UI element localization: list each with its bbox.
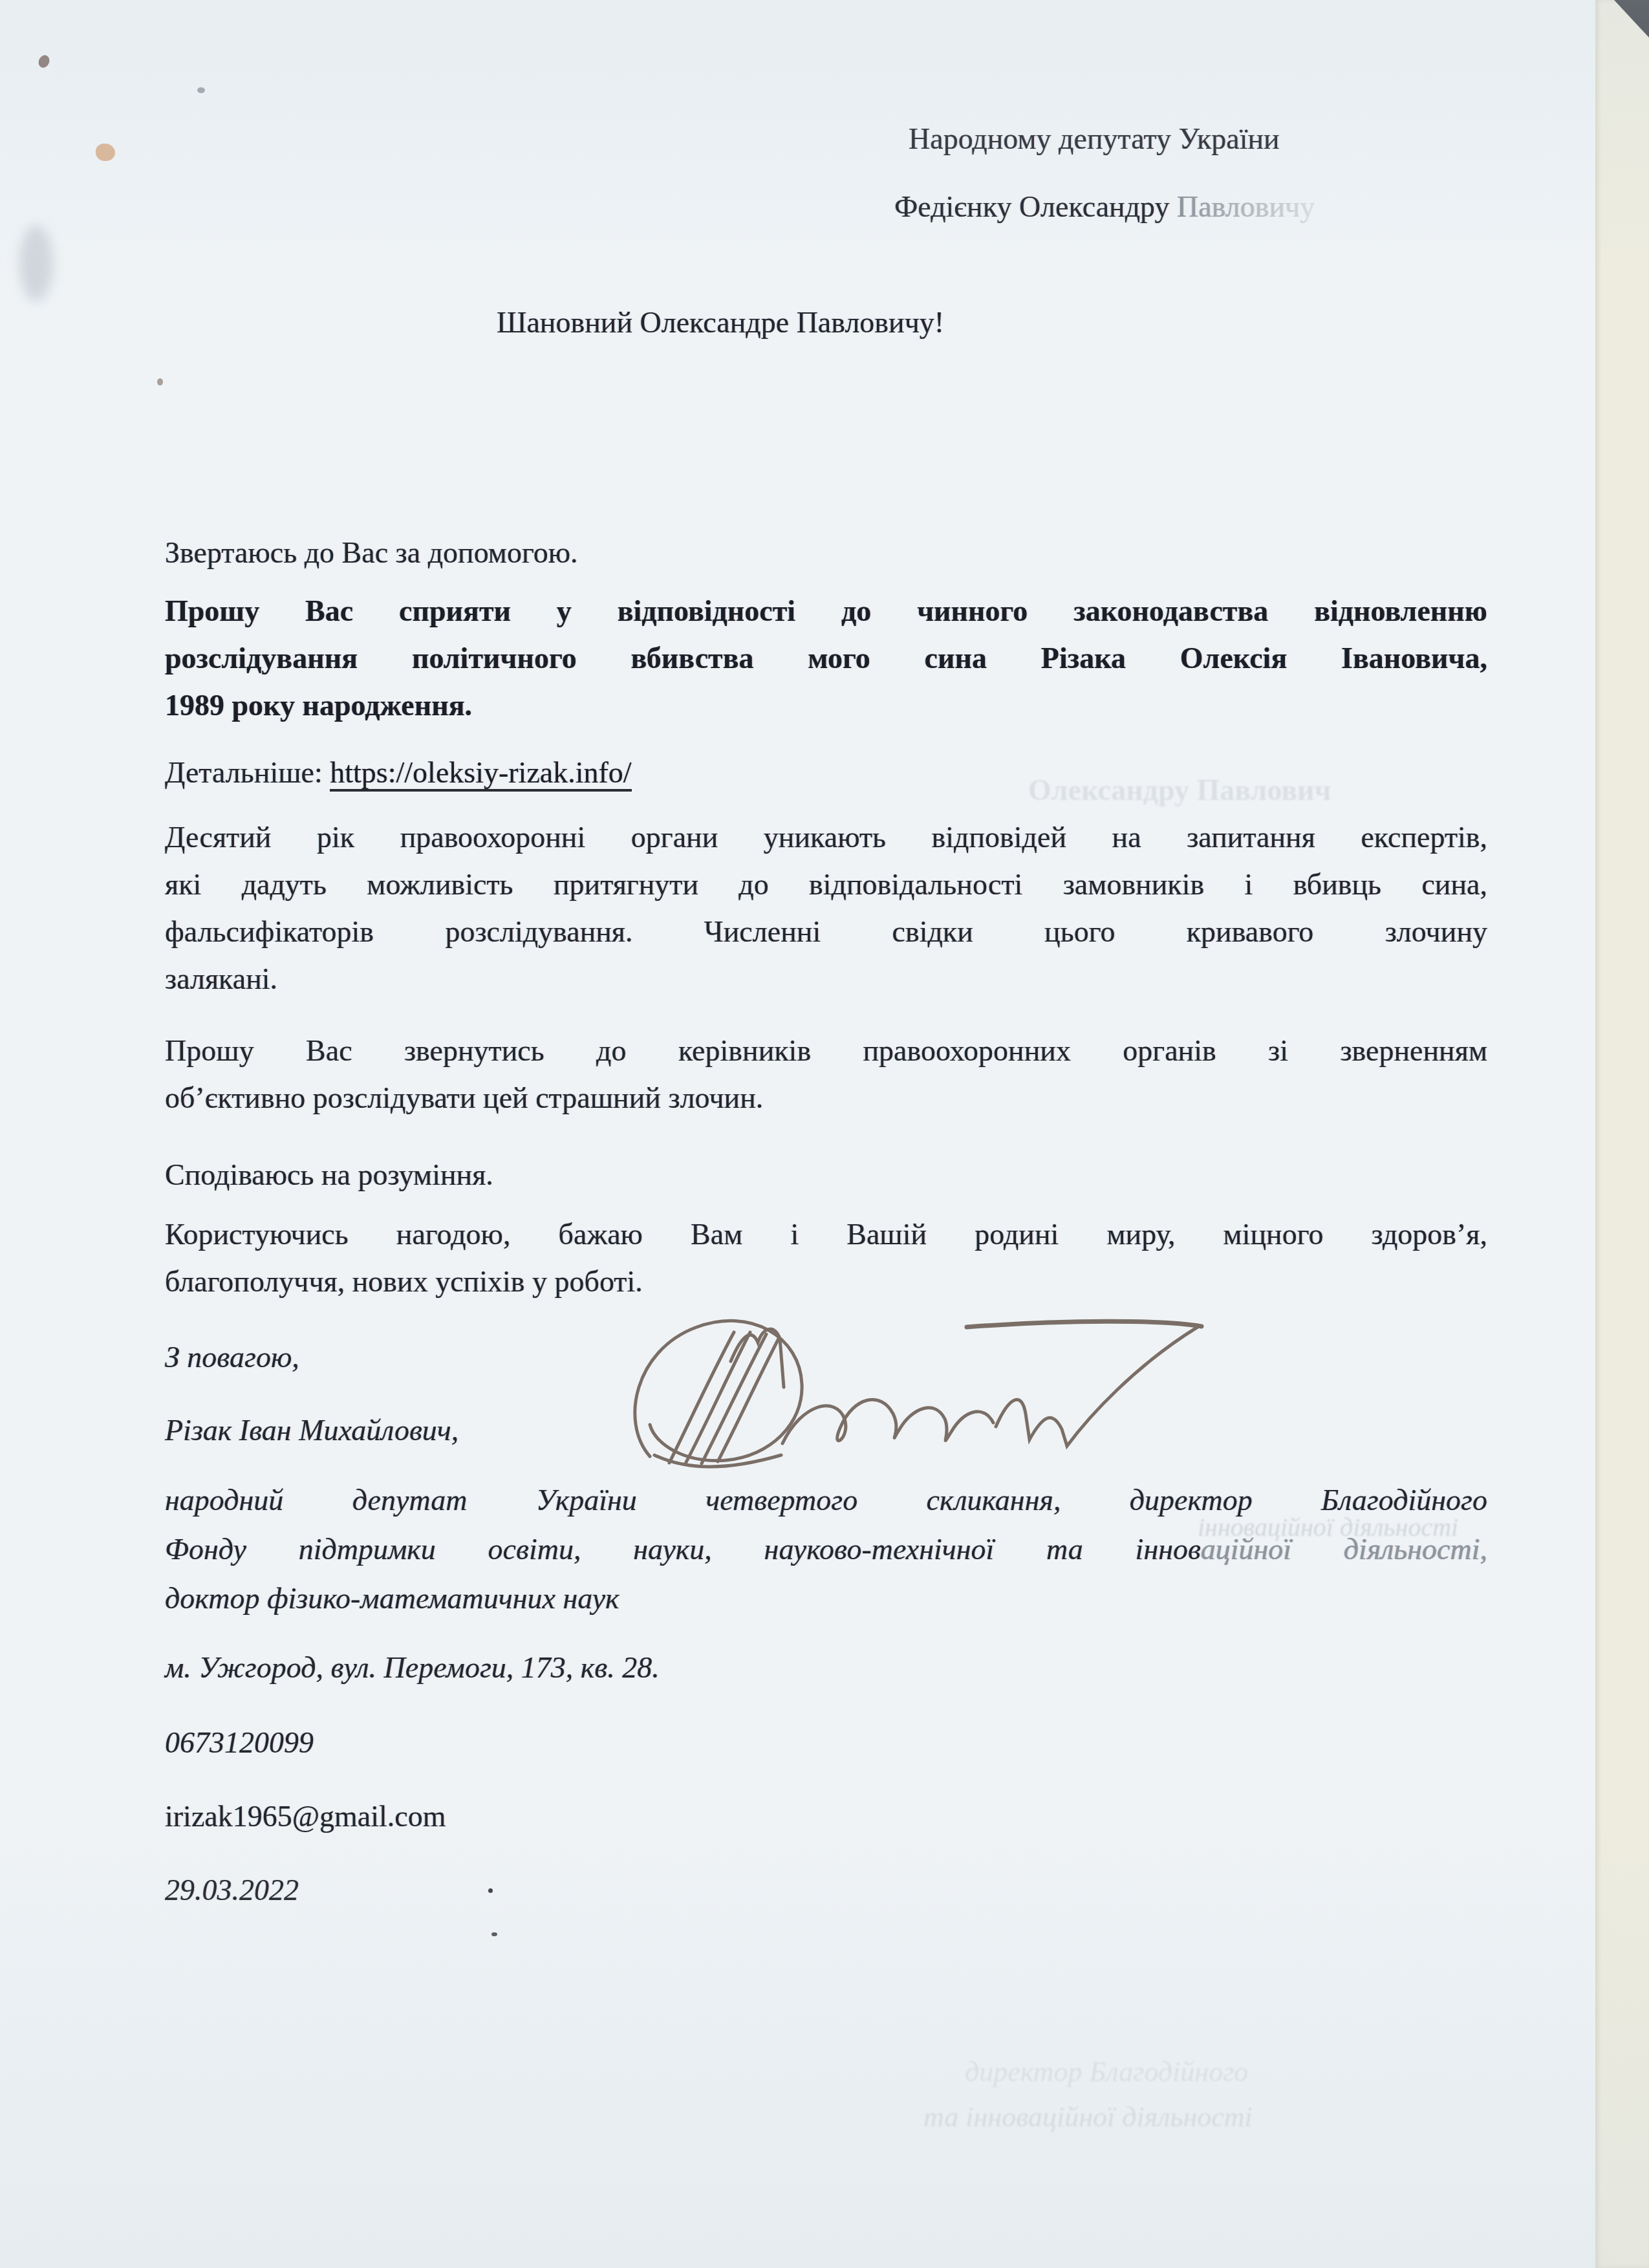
paragraph-intro: Звертаюсь до Вас за допомогою. — [165, 529, 578, 576]
paper-speck — [491, 1932, 497, 1936]
signoff-date-text: 29.03.2022 — [165, 1874, 299, 1906]
signoff-name-text: Різак Іван Михайлович, — [165, 1414, 458, 1447]
details-line: Детальніше: https://oleksiy-rizak.info/ — [165, 749, 632, 796]
paper-speck — [96, 144, 115, 161]
ghost-addressee-text: Олександру Павлович — [1028, 773, 1331, 807]
paragraph-request: Прошу Вас сприяти у відповідності до чин… — [165, 587, 1487, 729]
paper-speck — [488, 1888, 493, 1893]
details-link[interactable]: https://oleksiy-rizak.info/ — [330, 756, 631, 792]
paragraph-line: Користуючись нагодою, бажаю Вам і Вашій … — [165, 1211, 1487, 1258]
paragraph-line: благополуччя, нових успіхів у роботі. — [165, 1258, 1487, 1305]
addressee-line1: Народному депутату України — [909, 115, 1280, 162]
signoff-title-line: доктор фізико-математичних наук — [165, 1574, 1487, 1623]
paragraph-wishes: Користуючись нагодою, бажаю Вам і Вашій … — [165, 1211, 1487, 1305]
addressee-name-faded: Павловичу — [1177, 190, 1315, 223]
paragraph-intro-text: Звертаюсь до Вас за допомогою. — [165, 536, 578, 569]
paragraph-hope: Сподіваюсь на розуміння. — [165, 1151, 493, 1198]
paragraph-line: фальсифікаторів розслідування. Численні … — [165, 908, 1487, 955]
handwritten-signature — [614, 1300, 1235, 1494]
paragraph-line: об’єктивно розслідувати цей страшний зло… — [165, 1074, 1487, 1121]
salutation: Шановний Олександре Павловичу! — [497, 299, 944, 346]
paragraph-line: залякані. — [165, 955, 1487, 1002]
paragraph-line: розслідування політичного вбивства мого … — [165, 634, 1487, 682]
scanned-letter-page: Народному депутату України Федієнку Олек… — [0, 0, 1649, 2268]
salutation-text: Шановний Олександре Павловичу! — [497, 306, 944, 339]
signoff-email: irizak1965@gmail.com — [165, 1793, 446, 1840]
signoff-name: Різак Іван Михайлович, — [165, 1407, 458, 1454]
paper-speck — [157, 378, 163, 385]
ghost-bottom-line2: та інноваційної діяльності — [923, 2101, 1253, 2133]
signoff-address-text: м. Ужгород, вул. Перемоги, 173, кв. 28. — [165, 1651, 660, 1684]
paragraph-line: Прошу Вас звернутись до керівників право… — [165, 1027, 1487, 1074]
signoff-email-text: irizak1965@gmail.com — [165, 1800, 446, 1833]
paragraph-line: 1989 року народження. — [165, 682, 1487, 729]
ghost-inno-text: інноваційної діяльності — [1198, 1512, 1458, 1542]
paragraph-hope-text: Сподіваюсь на розуміння. — [165, 1158, 493, 1191]
paragraph-line: Десятий рік правоохоронні органи уникают… — [165, 814, 1487, 861]
paragraph-line: які дадуть можливість притягнути до відп… — [165, 861, 1487, 908]
addressee-line2: Федієнку Олександру Павловичу — [894, 183, 1315, 230]
paper-smudge — [19, 225, 53, 301]
signoff-date: 29.03.2022 — [165, 1866, 299, 1914]
paragraph-investigation: Десятий рік правоохоронні органи уникают… — [165, 814, 1487, 1002]
signoff-phone-text: 0673120099 — [165, 1726, 314, 1759]
signoff-address: м. Ужгород, вул. Перемоги, 173, кв. 28. — [165, 1644, 660, 1691]
signoff-regards: З повагою, — [165, 1334, 299, 1381]
paragraph-line: Прошу Вас сприяти у відповідності до чин… — [165, 587, 1487, 634]
signoff-phone: 0673120099 — [165, 1719, 314, 1766]
signoff-title: народний депутат України четвертого скли… — [165, 1476, 1487, 1623]
paper-speck — [197, 87, 205, 93]
paper-speck — [37, 54, 52, 70]
details-label: Детальніше: — [165, 756, 330, 789]
signoff-title-segment: Фонду підтримки освіти, науки, науково-т… — [165, 1533, 1201, 1566]
addressee-line1-text: Народному депутату України — [909, 122, 1280, 155]
scan-edge-strip — [1595, 0, 1649, 2268]
addressee-name: Федієнку Олександру — [894, 190, 1177, 223]
signoff-regards-text: З повагою, — [165, 1341, 299, 1374]
paragraph-appeal: Прошу Вас звернутись до керівників право… — [165, 1027, 1487, 1121]
ghost-bottom-line1: директор Благодійного — [965, 2055, 1248, 2088]
